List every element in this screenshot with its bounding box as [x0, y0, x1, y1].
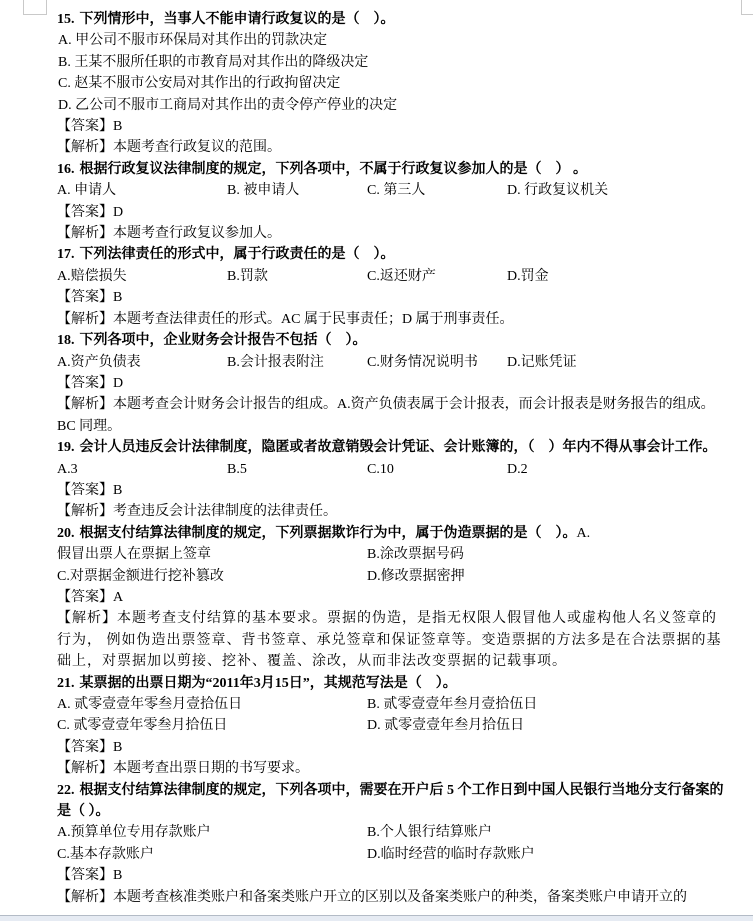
analysis-line: 【解析】本题考查行政复议参加人。 [57, 223, 725, 244]
answer-value: B [113, 290, 122, 305]
options-row: C.对票据金额进行挖补篡改D.修改票据密押 [57, 566, 725, 587]
option-item-c: C.10 [367, 459, 507, 480]
answer-value: B [113, 740, 122, 755]
answer-label: 【答案】 [57, 740, 113, 755]
question-number: 17. [57, 247, 75, 262]
answer-line: 【答案】B [57, 480, 725, 501]
analysis-text: 本题考查出票日期的书写要求。 [113, 761, 309, 776]
question-22: 22.根据支付结算法律制度的规定，下列各项中，需要在开户后 5 个工作日到中国人… [57, 780, 725, 908]
analysis-label: 【解析】 [57, 504, 113, 519]
question-19: 19.会计人员违反会计法律制度，隐匿或者故意销毁会计凭证、会计账簿的，（ ）年内… [57, 437, 725, 523]
document-page: 15.下列情形中，当事人不能申请行政复议的是（ ）。 A. 甲公司不服市环保局对… [0, 0, 753, 921]
options-row: A. 贰零壹壹年零叁月壹拾伍日B. 贰零壹壹年叁月壹拾伍日 [57, 694, 725, 715]
option-item-a: A. 贰零壹壹年零叁月壹拾伍日 [57, 694, 367, 715]
option-item-a: A. 申请人 [57, 180, 227, 201]
answer-line: 【答案】D [57, 202, 725, 223]
answer-line: 【答案】D [57, 373, 725, 394]
analysis-text: 本题考查行政复议参加人。 [113, 226, 281, 241]
option-line-a: A. 甲公司不服市环保局对其作出的罚款决定 [57, 30, 725, 51]
question-15: 15.下列情形中，当事人不能申请行政复议的是（ ）。 A. 甲公司不服市环保局对… [57, 9, 725, 159]
analysis-line: 【解析】考查违反会计法律制度的法律责任。 [57, 501, 725, 522]
question-stem: 16.根据行政复议法律制度的规定，下列各项中，不属于行政复议参加人的是（ ） 。 [57, 159, 725, 180]
question-stem: 19.会计人员违反会计法律制度，隐匿或者故意销毁会计凭证、会计账簿的，（ ）年内… [57, 437, 725, 458]
analysis-line: 【解析】本题考查法律责任的形式。AC 属于民事责任；D 属于刑事责任。 [57, 309, 725, 330]
options-row: A.赔偿损失B.罚款C.返还财产D.罚金 [57, 266, 725, 287]
option-item-b: B.罚款 [227, 266, 367, 287]
answer-value: D [113, 205, 123, 220]
answer-label: 【答案】 [57, 590, 113, 605]
answer-value: B [113, 119, 122, 134]
document-content: 15.下列情形中，当事人不能申请行政复议的是（ ）。 A. 甲公司不服市环保局对… [57, 9, 725, 908]
answer-label: 【答案】 [57, 868, 113, 883]
question-stem-text: 根据支付结算法律制度的规定，下列票据欺诈行为中，属于伪造票据的是（ ）。 [80, 526, 577, 541]
option-item-c: C.返还财产 [367, 266, 507, 287]
option-item-b: B.5 [227, 459, 367, 480]
options-row: C. 贰零壹壹年零叁月拾伍日D. 贰零壹壹年叁月拾伍日 [57, 715, 725, 736]
option-item-c: C.财务情况说明书 [367, 352, 507, 373]
question-stem: 22.根据支付结算法律制度的规定，下列各项中，需要在开户后 5 个工作日到中国人… [57, 780, 725, 823]
analysis-text: 本题考查法律责任的形式。AC 属于民事责任；D 属于刑事责任。 [113, 312, 514, 327]
answer-line: 【答案】B [57, 116, 725, 137]
analysis-line: 【解析】本题考查支付结算的基本要求。票据的伪造，是指无权限人假冒他人或虚构他人名… [57, 608, 725, 672]
analysis-label: 【解析】 [57, 226, 113, 241]
question-stem-text: 根据行政复议法律制度的规定，下列各项中，不属于行政复议参加人的是（ ） 。 [80, 162, 588, 177]
question-number: 18. [57, 333, 75, 348]
question-stem: 17.下列法律责任的形式中，属于行政责任的是（ ）。 [57, 244, 725, 265]
question-number: 21. [57, 676, 75, 691]
option-line-d: D. 乙公司不服市工商局对其作出的责令停产停业的决定 [57, 95, 725, 116]
analysis-line-truncated: 【解析】本题考查核准类账户和备案类账户开立的区别以及备案类账户的种类，备案类账户… [57, 887, 725, 908]
analysis-text: 本题考查核准类账户和备案类账户开立的区别以及备案类账户的种类，备案类账户申请开立… [113, 890, 687, 905]
answer-value: A [113, 590, 123, 605]
option-item-d: D.2 [507, 459, 528, 480]
answer-value: D [113, 376, 123, 391]
answer-label: 【答案】 [57, 119, 113, 134]
question-number: 19. [57, 440, 75, 455]
option-item-d: D.修改票据密押 [367, 566, 465, 587]
question-21: 21.某票据的出票日期为“2011年3月15日”，其规范写法是（ ）。 A. 贰… [57, 673, 725, 780]
options-row: A. 申请人B. 被申请人C. 第三人D. 行政复议机关 [57, 180, 725, 201]
answer-line: 【答案】B [57, 287, 725, 308]
answer-line: 【答案】A [57, 587, 725, 608]
question-stem: 21.某票据的出票日期为“2011年3月15日”，其规范写法是（ ）。 [57, 673, 725, 694]
answer-label: 【答案】 [57, 376, 113, 391]
answer-line: 【答案】B [57, 865, 725, 886]
question-stem: 20.根据支付结算法律制度的规定，下列票据欺诈行为中，属于伪造票据的是（ ）。A… [57, 523, 725, 544]
analysis-text: 本题考查支付结算的基本要求。票据的伪造，是指无权限人假冒他人或虚构他人名义签章的… [57, 611, 722, 669]
option-item-b: B.会计报表附注 [227, 352, 367, 373]
option-item-d: D. 行政复议机关 [507, 180, 608, 201]
option-item-c: C. 第三人 [367, 180, 507, 201]
option-item-b: B. 贰零壹壹年叁月壹拾伍日 [367, 694, 537, 715]
answer-label: 【答案】 [57, 290, 113, 305]
options-row: 假冒出票人在票据上签章B.涂改票据号码 [57, 544, 725, 565]
analysis-text: 本题考查行政复议的范围。 [113, 140, 281, 155]
analysis-label: 【解析】 [57, 397, 113, 412]
answer-label: 【答案】 [57, 483, 113, 498]
option-line-c: C. 赵某不服市公安局对其作出的行政拘留决定 [57, 73, 725, 94]
question-stem-suffix: A. [577, 526, 591, 541]
analysis-line: 【解析】本题考查行政复议的范围。 [57, 137, 725, 158]
question-number: 16. [57, 162, 75, 177]
question-stem-text: 下列法律责任的形式中，属于行政责任的是（ ）。 [80, 247, 395, 262]
text-boundary-corner-left [23, 0, 47, 15]
option-item-d: D.记账凭证 [507, 352, 577, 373]
options-row: A.资产负债表B.会计报表附注C.财务情况说明书D.记账凭证 [57, 352, 725, 373]
option-item-a: A.3 [57, 459, 227, 480]
analysis-text: 本题考查会计财务会计报告的组成。A.资产负债表属于会计报表，而会计报表是财务报告… [57, 397, 715, 433]
answer-value: B [113, 483, 122, 498]
option-item-a: A.赔偿损失 [57, 266, 227, 287]
question-stem-text: 会计人员违反会计法律制度，隐匿或者故意销毁会计凭证、会计账簿的，（ ）年内不得从… [80, 440, 717, 455]
analysis-text: 考查违反会计法律制度的法律责任。 [113, 504, 337, 519]
option-item-d: D.罚金 [507, 266, 549, 287]
question-number: 20. [57, 526, 75, 541]
question-20: 20.根据支付结算法律制度的规定，下列票据欺诈行为中，属于伪造票据的是（ ）。A… [57, 523, 725, 673]
question-number: 22. [57, 783, 75, 798]
option-item-d: D.临时经营的临时存款账户 [367, 844, 535, 865]
option-item-b: B.涂改票据号码 [367, 544, 464, 565]
horizontal-scrollbar[interactable] [0, 915, 753, 921]
question-17: 17.下列法律责任的形式中，属于行政责任的是（ ）。 A.赔偿损失B.罚款C.返… [57, 244, 725, 330]
options-row: A.3B.5C.10D.2 [57, 459, 725, 480]
analysis-label: 【解析】 [57, 611, 117, 626]
question-18: 18.下列各项中，企业财务会计报告不包括（ ）。 A.资产负债表B.会计报表附注… [57, 330, 725, 437]
question-number: 15. [57, 12, 75, 27]
question-stem-text: 下列情形中，当事人不能申请行政复议的是（ ）。 [80, 12, 395, 27]
option-item-a: A.资产负债表 [57, 352, 227, 373]
question-stem: 15.下列情形中，当事人不能申请行政复议的是（ ）。 [57, 9, 725, 30]
option-line-b: B. 王某不服所任职的市教育局对其作出的降级决定 [57, 52, 725, 73]
option-item-d: D. 贰零壹壹年叁月拾伍日 [367, 715, 524, 736]
analysis-label: 【解析】 [57, 140, 113, 155]
option-item-a: 假冒出票人在票据上签章 [57, 544, 367, 565]
answer-line: 【答案】B [57, 737, 725, 758]
option-item-c: C. 贰零壹壹年零叁月拾伍日 [57, 715, 367, 736]
options-row: A.预算单位专用存款账户B.个人银行结算账户 [57, 822, 725, 843]
analysis-line: 【解析】本题考查会计财务会计报告的组成。A.资产负债表属于会计报表，而会计报表是… [57, 394, 725, 437]
analysis-label: 【解析】 [57, 890, 113, 905]
analysis-label: 【解析】 [57, 312, 113, 327]
answer-label: 【答案】 [57, 205, 113, 220]
option-item-b: B. 被申请人 [227, 180, 367, 201]
question-stem-text: 根据支付结算法律制度的规定，下列各项中，需要在开户后 5 个工作日到中国人民银行… [57, 783, 724, 819]
text-boundary-corner-right [741, 0, 753, 15]
option-item-b: B.个人银行结算账户 [367, 822, 492, 843]
option-item-c: C.对票据金额进行挖补篡改 [57, 566, 367, 587]
options-row: C.基本存款账户D.临时经营的临时存款账户 [57, 844, 725, 865]
option-item-c: C.基本存款账户 [57, 844, 367, 865]
question-stem-text: 下列各项中，企业财务会计报告不包括（ ）。 [80, 333, 367, 348]
question-stem: 18.下列各项中，企业财务会计报告不包括（ ）。 [57, 330, 725, 351]
analysis-line: 【解析】本题考查出票日期的书写要求。 [57, 758, 725, 779]
analysis-label: 【解析】 [57, 761, 113, 776]
answer-value: B [113, 868, 122, 883]
question-stem-text: 某票据的出票日期为“2011年3月15日”，其规范写法是（ ）。 [80, 676, 457, 691]
question-16: 16.根据行政复议法律制度的规定，下列各项中，不属于行政复议参加人的是（ ） 。… [57, 159, 725, 245]
option-item-a: A.预算单位专用存款账户 [57, 822, 367, 843]
